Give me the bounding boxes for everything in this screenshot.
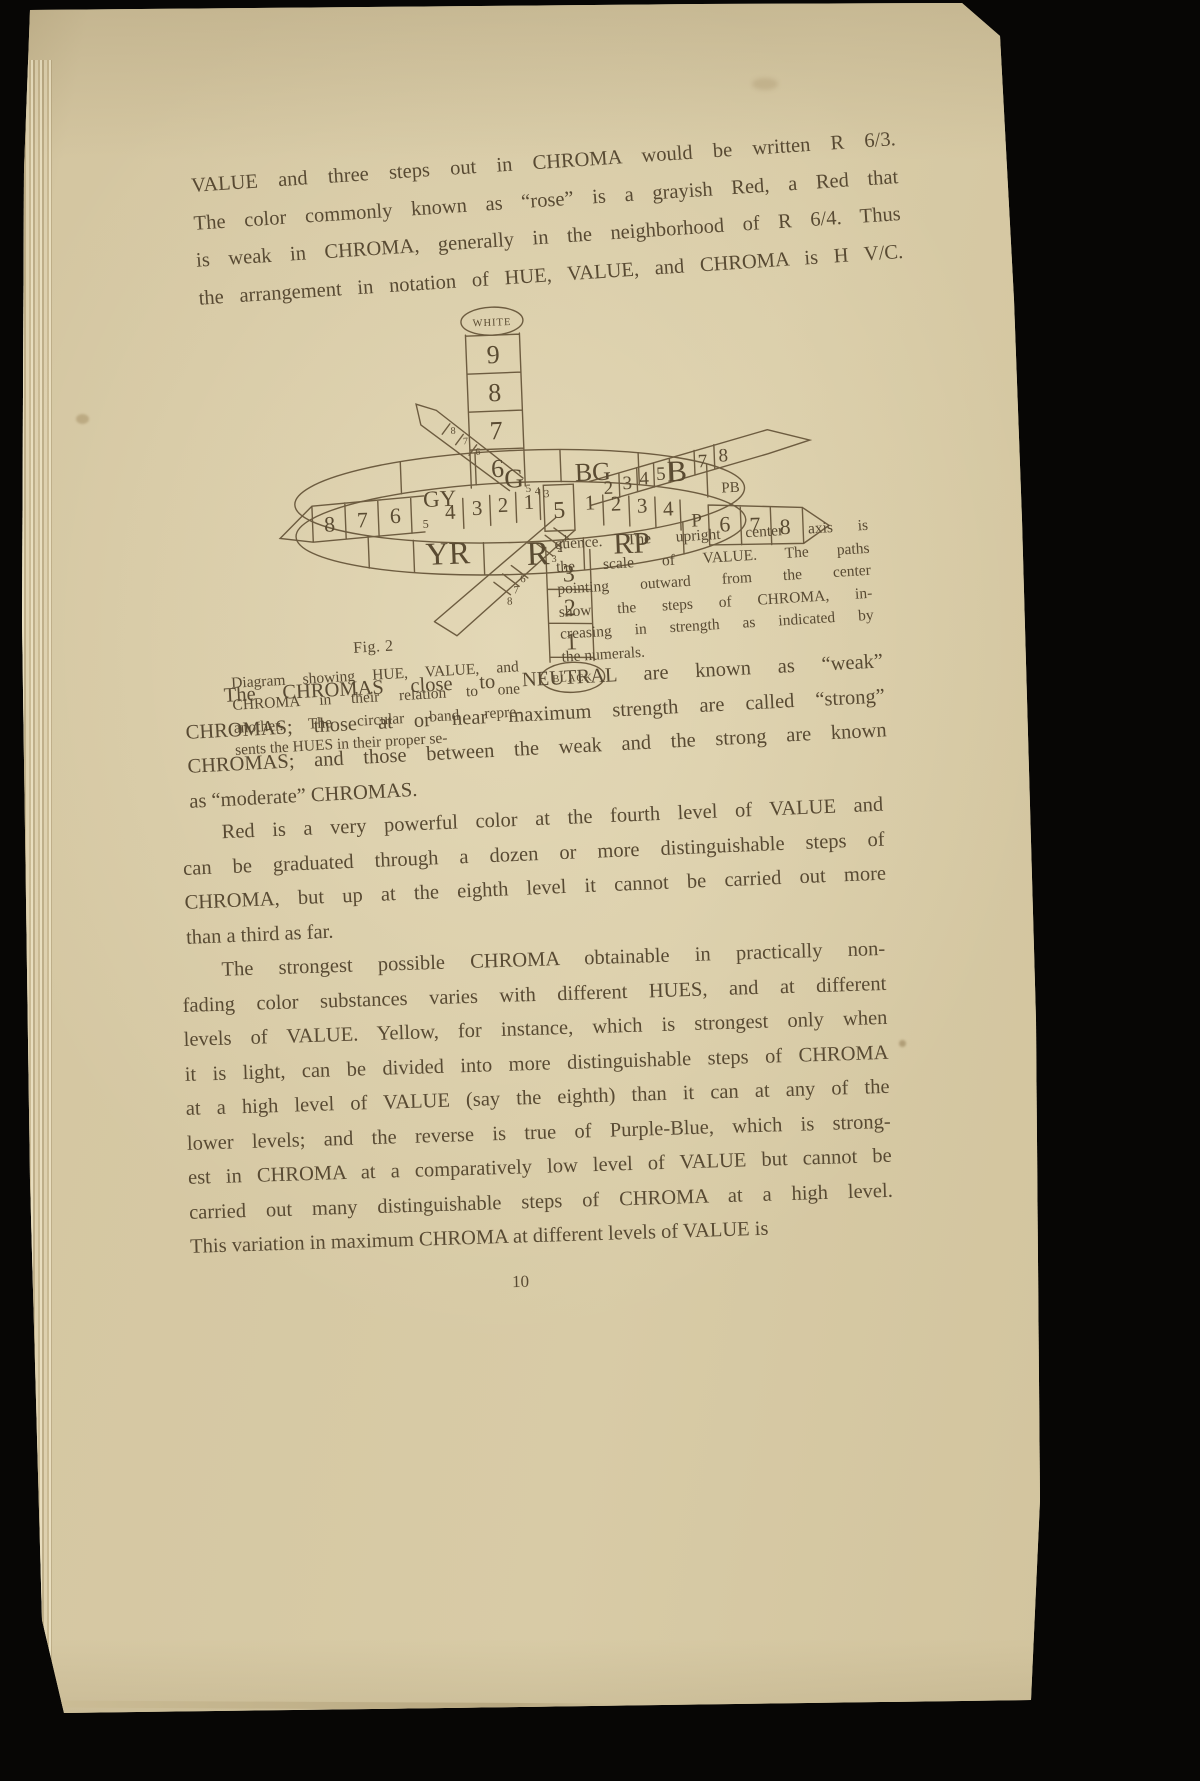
white-label: WHITE	[472, 317, 511, 329]
chroma-step: 7	[356, 507, 368, 532]
value-step: 9	[486, 340, 500, 369]
chroma-step: 8	[450, 426, 455, 437]
hue-label-yr: YR	[425, 534, 471, 572]
value-step-center: 5	[553, 498, 566, 524]
hue-label-r: R	[526, 535, 550, 573]
chroma-step: 3	[622, 473, 632, 494]
paper-stain	[752, 78, 778, 90]
body-paragraph: Red is a very powerful color at the four…	[181, 788, 888, 955]
chroma-step: 7	[513, 584, 519, 596]
chroma-step: 3	[544, 488, 550, 500]
chroma-step: 7	[697, 451, 707, 472]
value-step: 8	[488, 378, 502, 407]
chroma-step: 4	[663, 496, 675, 520]
chroma-step: 5	[422, 517, 429, 531]
book-page: VALUE and three steps out in CHROMA woul…	[0, 0, 1200, 1781]
chroma-step: 5	[656, 464, 666, 485]
paper-stain	[899, 1040, 906, 1047]
chroma-step: 6	[389, 503, 401, 528]
chroma-step: 4	[639, 468, 650, 489]
page-bottom-edge	[58, 1701, 618, 1711]
chroma-step: 3	[471, 496, 482, 520]
chroma-step: 6	[520, 573, 526, 585]
value-step: 6	[491, 454, 505, 483]
hue-label-bg: BG	[574, 457, 611, 487]
chroma-step: 3	[636, 493, 647, 517]
hue-label-b: B	[666, 455, 687, 489]
page-edge-stack	[22, 60, 52, 1731]
chroma-step: 2	[497, 493, 508, 517]
hue-label-gy: GY	[423, 486, 458, 512]
chroma-step: 6	[475, 447, 480, 458]
chroma-step: 8	[507, 596, 513, 608]
chroma-step: 8	[324, 511, 336, 536]
scanned-book-page: { "colors": {"paper": "#d6c8a3", "ink": …	[0, 0, 1200, 1781]
paper-stain	[76, 414, 89, 424]
chroma-step: 8	[718, 445, 728, 466]
value-step: 7	[489, 416, 503, 445]
body-paragraph: The strongest possible CHROMA obtainable…	[181, 932, 894, 1264]
chroma-step: 5	[525, 483, 531, 495]
hue-label-pb: PB	[721, 480, 740, 497]
chroma-step: 4	[535, 485, 541, 497]
page-number: 10	[512, 1272, 529, 1292]
chroma-step: 1	[584, 490, 595, 514]
figure-caption-right: quence. The upright center axis is the s…	[554, 515, 876, 669]
hue-label-g: G	[504, 463, 525, 494]
chroma-step: 7	[463, 436, 468, 447]
